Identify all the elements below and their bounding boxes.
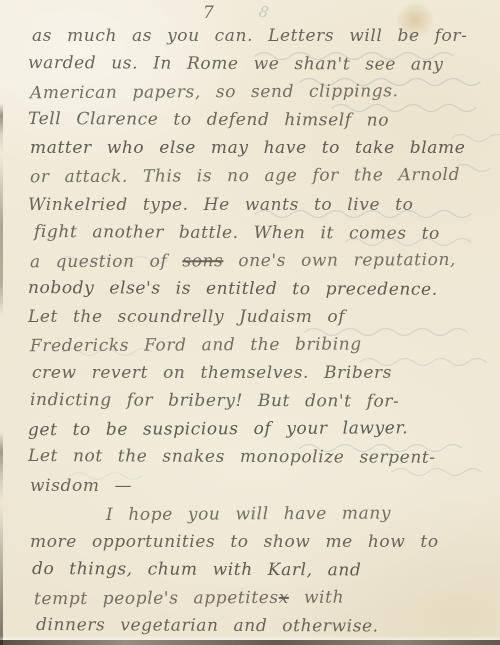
letter-line: do things, chum with Karl, and [32,555,488,585]
left-edge-shadow [0,0,3,645]
letter-text: wisdom — [30,476,132,496]
letter-text: with [289,587,344,607]
letter-line: dinners vegetarian and otherwise. [36,611,488,641]
letter-text: tempt people's appetites [34,588,279,609]
letter-text: get to be suspicious of your lawyer. [28,419,408,441]
letter-line: Winkelried type. He wants to live to [28,191,488,219]
letter-text: American papers, so send clippings. [30,81,399,103]
page-number: 7 [203,3,214,23]
letter-text: matter who else may have to take blame [30,138,465,158]
letter-text: indicting for bribery! But don't for- [30,390,399,412]
letter-body: as much as you can. Letters will be for-… [28,22,488,640]
letter-text: fight another battle. When it comes to [34,222,440,244]
letter-line: warded us. In Rome we shan't see any [28,49,488,79]
letter-line: or attack. This is no age for the Arnold [30,161,488,191]
letter-text: crew revert on themselves. Bribers [32,363,392,383]
letter-line: tempt people's appetitesx with [34,583,488,613]
letter-text: as much as you can. Letters will be for- [32,26,467,46]
letter-text: more opportunities to show me how to [30,532,439,552]
ghost-page-number: 8 [258,2,270,21]
letter-line: nobody else's is entitled to precedence. [28,274,488,304]
letter-line: Let the scoundrelly Judaism of [28,303,488,331]
letter-text: one's own reputation, [223,250,456,271]
letter-text: Let the scoundrelly Judaism of [28,307,345,327]
letter-line: Let not the snakes monopolize serpent- [28,442,488,472]
letter-line: I hope you will have many [106,499,488,529]
letter-text: nobody else's is entitled to precedence. [28,278,438,300]
letter-text: Tell Clarence to defend himself no [28,109,389,131]
letter-text: Fredericks Ford and the bribing [30,334,362,356]
letter-text: or attack. This is no age for the Arnold [30,165,460,187]
letter-line: a question of sons one's own reputation, [30,246,488,276]
letter-line: Tell Clarence to defend himself no [28,105,488,135]
struck-word: sons [182,251,223,271]
letter-line: crew revert on themselves. Bribers [32,359,488,387]
letter-text: warded us. In Rome we shan't see any [28,53,444,75]
letter-line: American papers, so send clippings. [30,77,488,107]
letter-text: Winkelried type. He wants to live to [28,195,413,215]
letter-page: 7 8 as much as you can. Letters will be … [0,0,500,645]
letter-line: more opportunities to show me how to [30,528,488,556]
letter-line: Fredericks Ford and the bribing [30,330,488,360]
letter-line: as much as you can. Letters will be for- [32,22,488,50]
letter-text: a question of [30,251,182,272]
letter-line: indicting for bribery! But don't for- [30,386,488,416]
letter-text: Let not the snakes monopolize serpent- [28,446,436,468]
letter-line: wisdom — [30,472,488,500]
letter-line: get to be suspicious of your lawyer. [28,414,488,445]
letter-text: do things, chum with Karl, and [32,559,361,580]
letter-line: matter who else may have to take blame [30,134,488,162]
letter-line: fight another battle. When it comes to [34,218,488,248]
letter-text: dinners vegetarian and otherwise. [36,615,379,636]
letter-text: I hope you will have many [106,503,391,524]
struck-word: x [279,588,289,608]
